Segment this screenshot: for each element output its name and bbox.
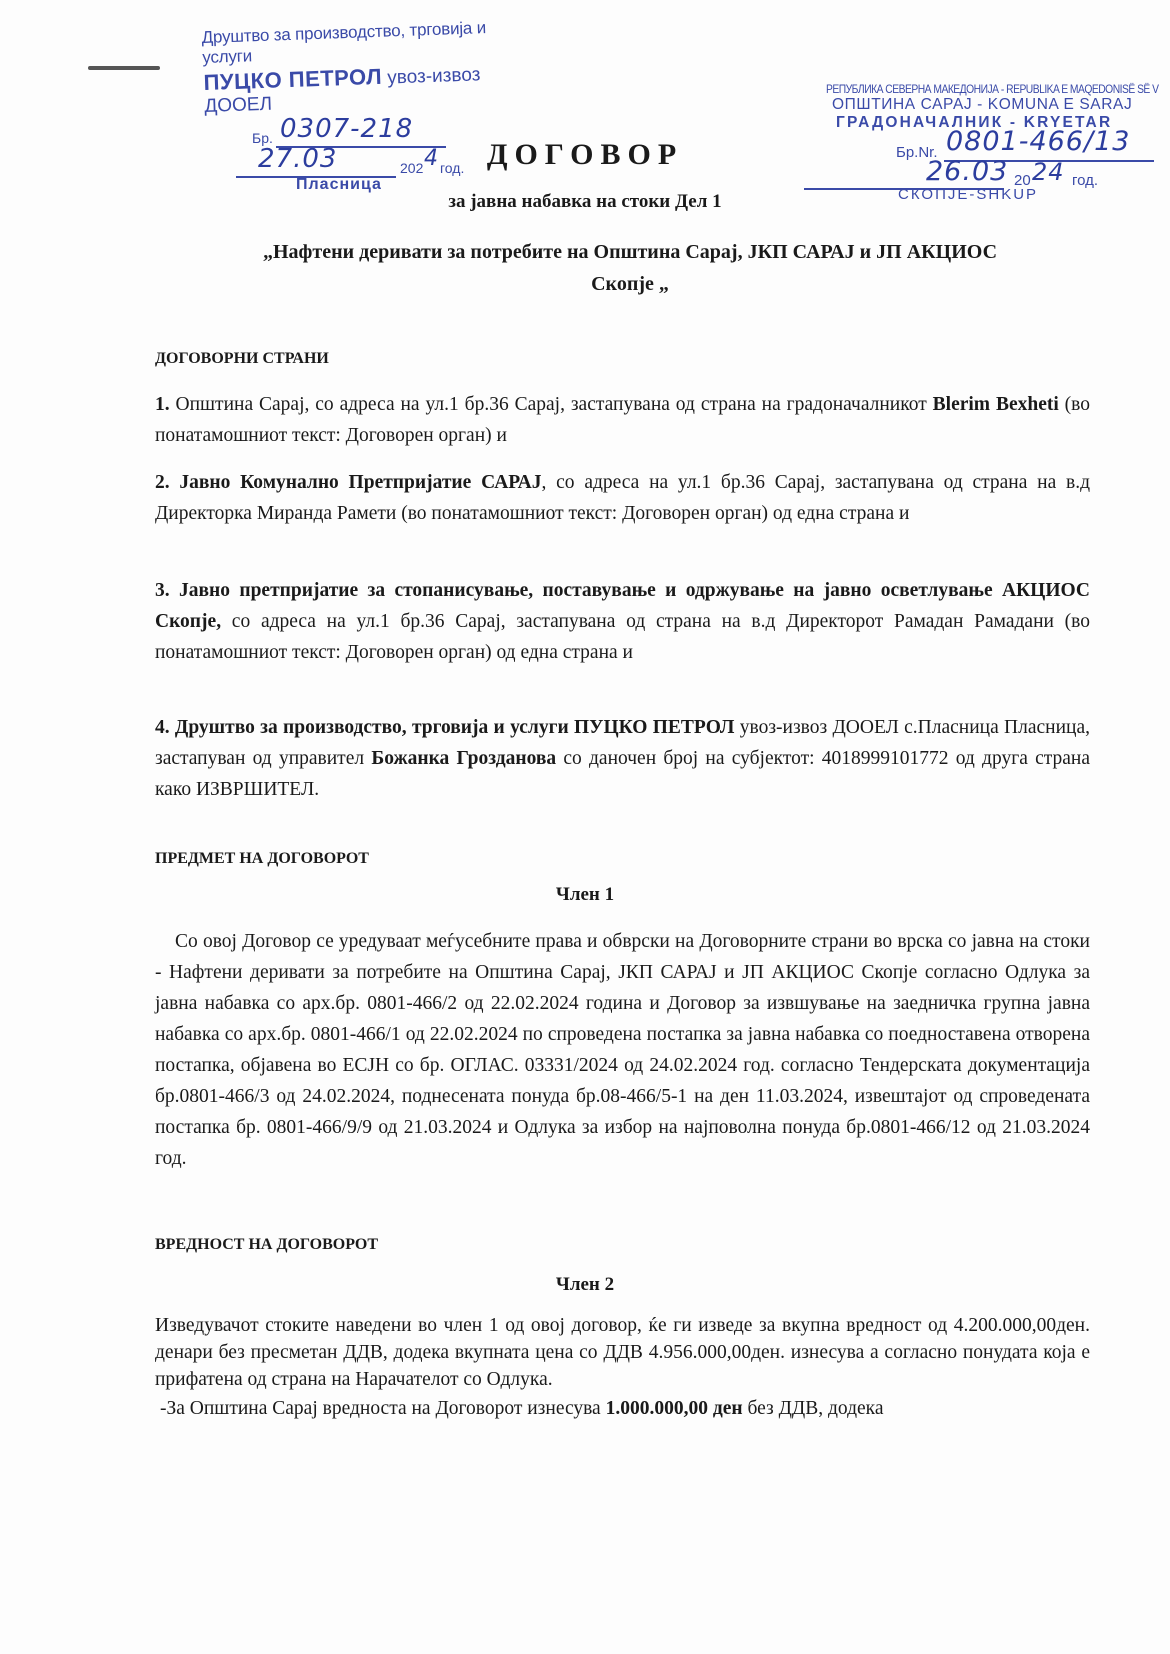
stamp-line-municipality: ОПШТИНА САРАЈ - KOMUNA E SARAJ	[832, 96, 1170, 114]
article-1-text: Со овој Договор се уредуваат меѓусебните…	[155, 926, 1090, 1174]
party-4: 4. Друштво за производство, трговија и у…	[155, 712, 1090, 805]
company-registry-stamp: Друштво за производство, трговија и услу…	[178, 28, 508, 208]
article-2-municipality-value: -За Општина Сарај вредноста на Договорот…	[160, 1393, 1095, 1424]
document-page: Друштво за производство, трговија и услу…	[0, 0, 1170, 1654]
stamp-company-name: ПУЦКО ПЕТРОЛ	[203, 64, 382, 95]
article-2-title: Член 2	[0, 1274, 1170, 1296]
document-subtitle: за јавна набавка на стоки Дел 1	[0, 191, 1170, 213]
stamp-line-republic: РЕПУБЛИКА СЕВЕРНА МАКЕДОНИЈА - REPUBLIKA…	[826, 82, 1122, 96]
party-3: 3. Јавно претпријатие за стопанисување, …	[155, 575, 1090, 668]
section-heading-subject: ПРЕДМЕТ НА ДОГОВОРОТ	[155, 850, 369, 868]
party-2: 2. Јавно Комунално Претпријатие САРАЈ, с…	[155, 467, 1090, 529]
stamp-year-label: год.	[1072, 172, 1098, 189]
article-1-title: Член 1	[0, 884, 1170, 906]
article-2-text: Изведувачот стоките наведени во член 1 о…	[155, 1312, 1090, 1393]
section-heading-parties: ДОГОВОРНИ СТРАНИ	[155, 350, 329, 368]
party-1: 1. Општина Сарај, со адреса на ул.1 бр.3…	[155, 389, 1090, 451]
document-title: ДОГОВОР	[0, 138, 1170, 172]
section-heading-value: ВРЕДНОСТ НА ДОГОВОРОТ	[155, 1236, 378, 1254]
stamp-line-company: ПУЦКО ПЕТРОЛ увоз-извоз ДООЕЛ	[203, 59, 508, 118]
document-subject: „Нафтени деривати за потребите на Општин…	[150, 236, 1110, 300]
margin-mark	[88, 66, 160, 70]
